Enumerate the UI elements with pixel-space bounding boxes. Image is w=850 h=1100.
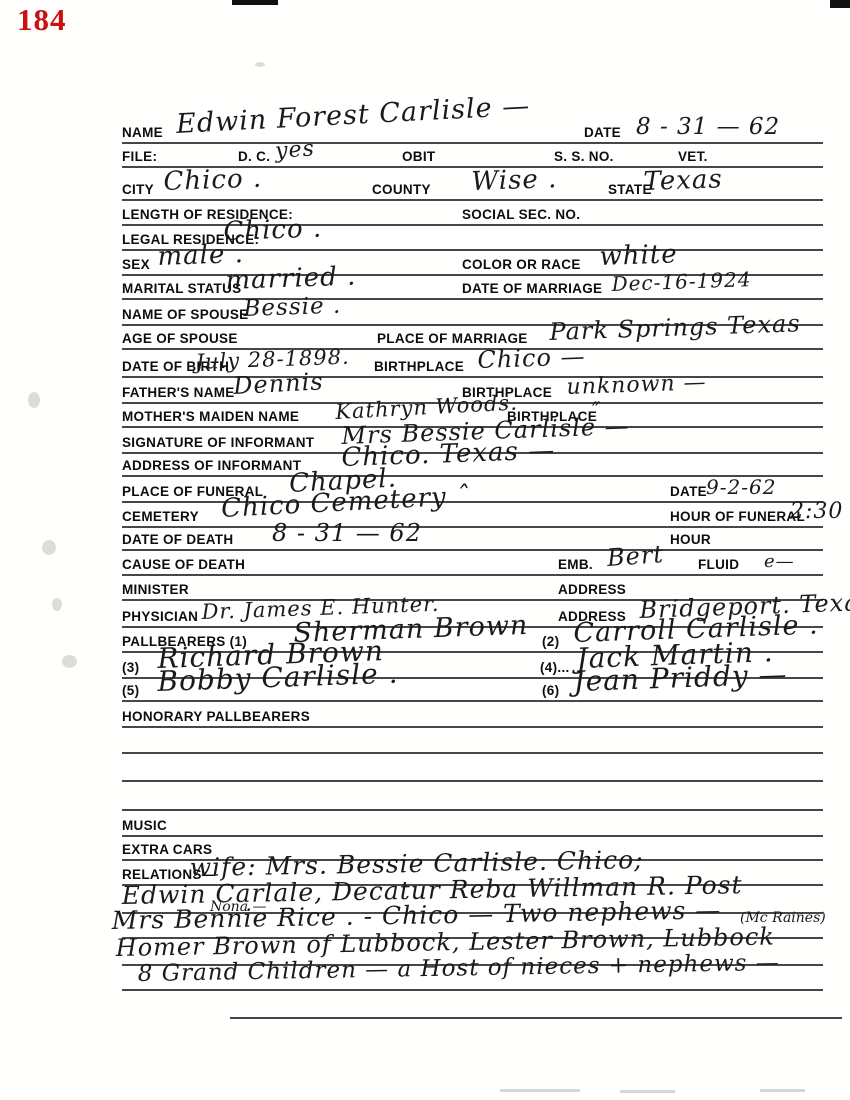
ssno-label: S. S. NO. <box>554 149 614 164</box>
scan-speck <box>28 392 40 408</box>
file-label: FILE: <box>122 149 157 164</box>
funeral-record-sheet: 184 NAMEEdwin Forest Carlisle —DATE8 - 3… <box>0 0 850 1100</box>
row-bottom-line <box>230 983 842 1019</box>
relations-value-5: 8 Grand Children — a Host of nieces + ne… <box>138 950 780 987</box>
page-number: 184 <box>17 2 67 38</box>
scan-faint-line <box>760 1089 805 1092</box>
dc-label: D. C. <box>238 149 270 164</box>
scan-speck <box>42 540 56 555</box>
dc-value: yes <box>274 136 315 164</box>
scan-speck <box>62 655 77 668</box>
scan-faint-line <box>620 1090 675 1093</box>
vet-label: VET. <box>678 149 708 164</box>
scan-speck <box>52 598 62 611</box>
scan-faint-line <box>500 1089 580 1092</box>
obit-label: OBIT <box>402 149 435 164</box>
place-of-marriage-value: Park Springs Texas <box>549 309 801 346</box>
scan-speck <box>255 62 265 67</box>
row-file: FILE:D. C.yesOBITS. S. NO.VET. <box>122 132 823 168</box>
scan-mark-top <box>232 0 278 5</box>
scan-mark-top-right <box>830 0 850 8</box>
